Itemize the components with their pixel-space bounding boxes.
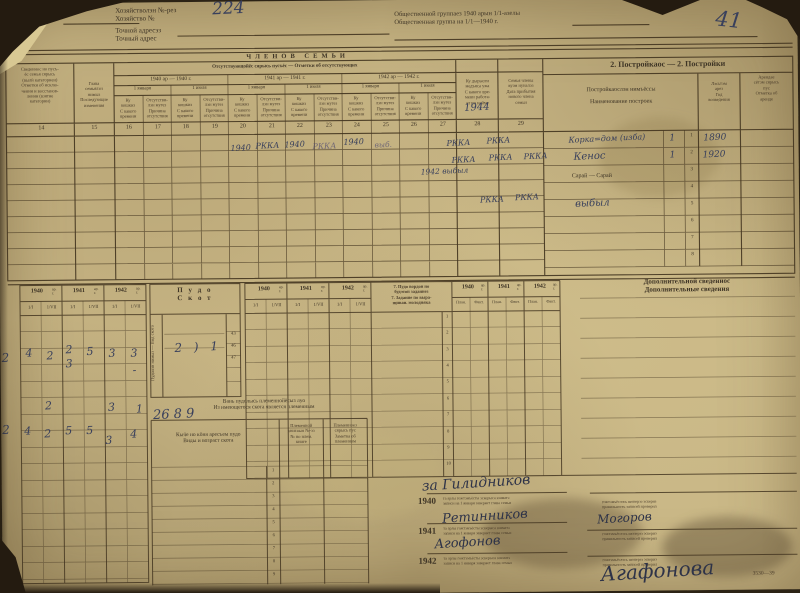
- signature-caption-right: гожтэмъёслэсь шонерзэ эскериз правильнос…: [602, 531, 722, 542]
- signature-year: 1942: [418, 556, 436, 566]
- half-year-label: 1/VII: [41, 304, 62, 309]
- building-count-entry: 1: [669, 150, 675, 160]
- absence-entry: РККА: [488, 154, 512, 164]
- livestock-side-label: Пудолэн нимыз — Вид скота: [149, 305, 155, 401]
- date-jan-header: 1 января: [228, 85, 285, 91]
- building-row-number: 3: [686, 167, 698, 173]
- col-number: 28: [457, 121, 497, 128]
- half-year-label: 1/I: [62, 304, 83, 309]
- task-row-number: 8: [443, 428, 453, 433]
- count-entry: 3: [65, 358, 73, 371]
- date-jan-header: 1 января: [342, 84, 399, 90]
- subcol-reason-header: Отсутстви- лэн мугез Причина отсутствия: [258, 96, 284, 118]
- subcol-reason-header: Отсутстви- лэн мугез Причина отсутствия: [429, 94, 455, 116]
- page-number-handwritten: 41: [714, 7, 743, 33]
- breeding-entry-handwritten: 26 8 9: [153, 407, 195, 423]
- livestock-row-number: 43: [227, 332, 239, 337]
- col29-header: Семья члены вуэм нуналэз Дата прибытия н…: [500, 78, 542, 105]
- count-entry: 3: [108, 402, 116, 415]
- count-entry: 2: [45, 400, 53, 413]
- social-group-label-udm: Общественной группаез 1940 арын 1/1-азел…: [394, 10, 520, 18]
- building-name-entry: выбыл: [575, 197, 610, 210]
- breeding-row-number: 6: [268, 532, 279, 537]
- count-entry: 3: [105, 435, 113, 448]
- subcol-from-header: Ку кошкиз С какого времени: [229, 96, 255, 118]
- subcol-from-header: Ку кошкиз С какого времени: [115, 97, 141, 119]
- signature-caption: та арлы гожтэмъёсты эскерыса юнматэ запи…: [443, 495, 573, 506]
- count-entry: 1: [136, 403, 144, 416]
- absence-entry: выб.: [374, 141, 392, 150]
- count-entry: 5: [86, 346, 94, 359]
- grid-year-label: 1942: [106, 288, 136, 295]
- col14-header: Сведениос но пусъ- ёс семья сярысь (вылӥ…: [8, 66, 72, 104]
- breeding-row-number: 2: [268, 480, 279, 485]
- half-year-label: 1/I: [20, 304, 41, 309]
- col-number: 27: [429, 121, 456, 128]
- absence-entry: РККА: [446, 139, 470, 149]
- col-number: 17: [144, 124, 171, 131]
- farm-no-label-rus: Хозяйство №: [115, 15, 154, 23]
- subcol-reason-header: Отсутстви- лэн мугез Причина отсутствия: [315, 96, 341, 118]
- grid-year-label: 1940: [22, 288, 52, 295]
- col15-header: Глава семьялэн нимыз Последующие изменен…: [76, 81, 112, 108]
- grid-year-label: 1940: [453, 284, 483, 291]
- count-entry: 2: [44, 428, 52, 441]
- young-stock-task-header: 7. Пудо вордон но будэтон заданиез 7. За…: [372, 284, 451, 306]
- breeding-colA-header: Племенной книгаын №-эз № по плем. книге: [280, 423, 322, 445]
- absence-entry: РККА: [515, 193, 539, 203]
- livestock-header: П у д о С к о т: [150, 287, 240, 304]
- count-entry: 3: [130, 347, 138, 360]
- building-name-header: Постройкаослэн нимъёссы Наименование пос…: [546, 83, 696, 108]
- count-entry: 2: [65, 344, 73, 357]
- subcol-reason-header: Отсутстви- лэн мугез Причина отсутствия: [201, 97, 227, 119]
- breeding-row-number: 8: [268, 558, 279, 563]
- count-entry: -: [132, 364, 136, 376]
- col-number: 20: [229, 123, 256, 130]
- count-entry: 4: [25, 347, 33, 360]
- scanned-register-page: Хозяйстволэн №-рез Хозяйство № 224 Точно…: [0, 0, 800, 593]
- grid-year-suffix: ар. г.: [94, 287, 99, 296]
- absence-entry: РККА: [480, 196, 504, 206]
- grid-year-label: 1942: [525, 284, 555, 291]
- building-row-number: 4: [686, 184, 698, 190]
- half-year-label: 1/I: [329, 301, 350, 306]
- grid-year-suffix: ар. г.: [321, 285, 326, 294]
- subcol-from-header: Ку кошкиз С какого времени: [286, 96, 312, 118]
- task-row-number: 2: [442, 329, 452, 334]
- building-count-entry: 1: [669, 133, 675, 143]
- count-entry: 5: [86, 425, 94, 438]
- task-row-number: 6: [443, 395, 453, 400]
- year-group-1940: 1940 ар — 1940 г.: [114, 76, 228, 83]
- grid-year-suffix: ар. г.: [517, 283, 522, 292]
- building-year-header: Лэсьтэм арез Год возведения: [699, 81, 739, 103]
- task-row-number: 5: [443, 378, 453, 383]
- count-entry: 3: [108, 348, 116, 361]
- address-label-rus: Точный адрес: [115, 35, 156, 43]
- grid-year-label: 1941: [289, 286, 323, 293]
- task-row-number: 10: [444, 460, 454, 465]
- hired-since-handwritten: 1944: [464, 102, 490, 114]
- livestock-entry-handwritten: 2 ) 1: [174, 340, 222, 356]
- date-jul-header: 1 июля: [399, 83, 456, 89]
- col-number: 14: [8, 125, 74, 132]
- signature-caption: та арлы гожтэмъёсты эскерыса юнматэ запи…: [443, 525, 573, 536]
- count-entry: 2: [46, 350, 54, 363]
- grid-year-suffix: ар. г.: [553, 282, 558, 291]
- kind-age-label: Кыӵе но кӧня аресъем пудо Виды и возраст…: [152, 431, 264, 444]
- half-year-label: 1/VII: [83, 304, 104, 309]
- building-row-number: 7: [686, 235, 698, 241]
- building-row-number: 8: [687, 252, 699, 258]
- building-row-number: 6: [686, 218, 698, 224]
- breeding-row-number: 9: [269, 571, 280, 576]
- half-year-label: 1/I: [104, 304, 125, 309]
- building-year-entry: 1890: [703, 132, 726, 143]
- farm-no-value-handwritten: 224: [212, 0, 245, 19]
- breeding-row-number: 4: [268, 506, 279, 511]
- breeding-row-number: 7: [268, 545, 279, 550]
- livestock-row-number: 46: [227, 344, 239, 349]
- grid-year-label: 1940: [247, 286, 281, 293]
- half-year-label: 1/I: [245, 302, 266, 307]
- task-row-number: 3: [442, 346, 452, 351]
- task-row-number: 1: [442, 314, 452, 319]
- half-year-label: 1/VII: [266, 302, 287, 307]
- signature-caption-right: гожтэмъёслэсь шонерзэ эскериз правильнос…: [602, 499, 722, 510]
- grid-year-suffix: ар. г.: [136, 286, 141, 295]
- breeding-row-number: 1: [268, 467, 279, 472]
- social-group-label-rus: Общественная группа на 1/1—1940 г.: [394, 18, 498, 26]
- plan-label: План.: [452, 300, 470, 305]
- col-number: 15: [75, 125, 113, 132]
- col-number: 19: [201, 124, 228, 131]
- task-row-number: 4: [443, 362, 453, 367]
- absence-entry: РККА: [312, 142, 336, 152]
- page-edge-bottom: [0, 583, 440, 593]
- half-year-label: 1/VII: [125, 303, 146, 308]
- plan-label: План.: [488, 300, 506, 305]
- building-year-entry: 1920: [702, 149, 725, 160]
- breeding-row-number: 3: [268, 493, 279, 498]
- count-entry: 5: [65, 425, 73, 438]
- col-number: 29: [499, 121, 542, 128]
- grid-year-label: 1941: [64, 288, 94, 295]
- breeding-colB-header: Племенноез сярысь пус Заметка об племенн…: [324, 422, 366, 444]
- subcol-reason-header: Отсутстви- лэн мугез Причина отсутствия: [144, 97, 170, 119]
- date-jan-header: 1 января: [114, 86, 171, 92]
- subcol-from-header: Ку кошкиз С какого времени: [400, 95, 426, 117]
- grid-year-label: 1942: [331, 285, 365, 292]
- half-year-label: 1/VII: [350, 301, 371, 306]
- livestock-row-number: 47: [228, 356, 240, 361]
- fact-label: Факт.: [470, 300, 488, 305]
- year-group-1941: 1941 ар — 1941 г.: [228, 75, 342, 82]
- absence-entry: 1940: [284, 141, 305, 151]
- subcol-reason-header: Отсутстви- лэн мугез Причина отсутствия: [372, 95, 398, 117]
- grid-year-suffix: ар. г.: [363, 284, 368, 293]
- year-group-1942: 1942 ар — 1942 г.: [342, 73, 456, 80]
- count-entry: 4: [130, 428, 138, 441]
- print-code: 3530—39: [753, 570, 775, 576]
- grid-year-label: 1941: [489, 284, 519, 291]
- absence-entry: РККА: [523, 152, 547, 162]
- col-number: 21: [258, 123, 285, 130]
- plan-label: План.: [524, 300, 542, 305]
- count-entry: 4: [24, 425, 32, 438]
- breeding-row-number: 5: [268, 519, 279, 524]
- building-row-number: 1: [685, 133, 697, 139]
- task-row-number: 7: [443, 411, 453, 416]
- col-number: 23: [315, 123, 342, 130]
- fact-label: Факт.: [506, 300, 524, 305]
- building-row-number: 5: [686, 201, 698, 207]
- subcol-from-header: Ку кошкиз С какого времени: [172, 97, 198, 119]
- col-number: 16: [115, 124, 142, 131]
- building-name-entry: Кенос: [573, 150, 605, 163]
- col-number: 24: [343, 122, 370, 129]
- col-number: 18: [172, 124, 199, 131]
- additional-info-title: Дополнительной сведениос Дополнительные …: [578, 277, 796, 295]
- half-year-label: 1/I: [287, 302, 308, 307]
- date-jul-header: 1 июля: [285, 85, 342, 91]
- grid-year-suffix: ар. г.: [481, 283, 486, 292]
- absence-entry: 1940: [343, 138, 364, 148]
- absence-entry: РККА: [255, 142, 279, 152]
- col-number: 26: [400, 122, 427, 129]
- date-jul-header: 1 июля: [171, 86, 228, 92]
- absence-entry: 1940: [230, 144, 251, 154]
- building-name-printed: Сарай — Сарай: [572, 173, 612, 180]
- subcol-from-header: Ку кошкиз С какого времени: [343, 95, 369, 117]
- page-edge-left: [0, 0, 8, 593]
- fact-label: Факт.: [542, 299, 560, 304]
- col-number: 22: [286, 123, 313, 130]
- half-year-label: 1/VII: [308, 302, 329, 307]
- building-row-number: 2: [686, 150, 698, 156]
- building-rent-header: Арендае сётэм сярысь пус Отметка об арен…: [741, 74, 792, 101]
- signature-year: 1940: [418, 496, 436, 506]
- paper-sheet: Хозяйстволэн №-рез Хозяйство № 224 Точно…: [0, 0, 800, 593]
- absence-entry: РККА: [451, 156, 475, 166]
- grid-year-suffix: ар. г.: [279, 285, 284, 294]
- task-row-number: 9: [443, 444, 453, 449]
- signature-caption: та арлы гожтэмъёсты эскерыса юнматэ запи…: [443, 555, 573, 566]
- col-number: 25: [372, 122, 399, 129]
- grid-year-suffix: ар. г.: [52, 287, 57, 296]
- signature-year: 1941: [418, 526, 436, 536]
- absence-entry: РККА: [486, 137, 510, 147]
